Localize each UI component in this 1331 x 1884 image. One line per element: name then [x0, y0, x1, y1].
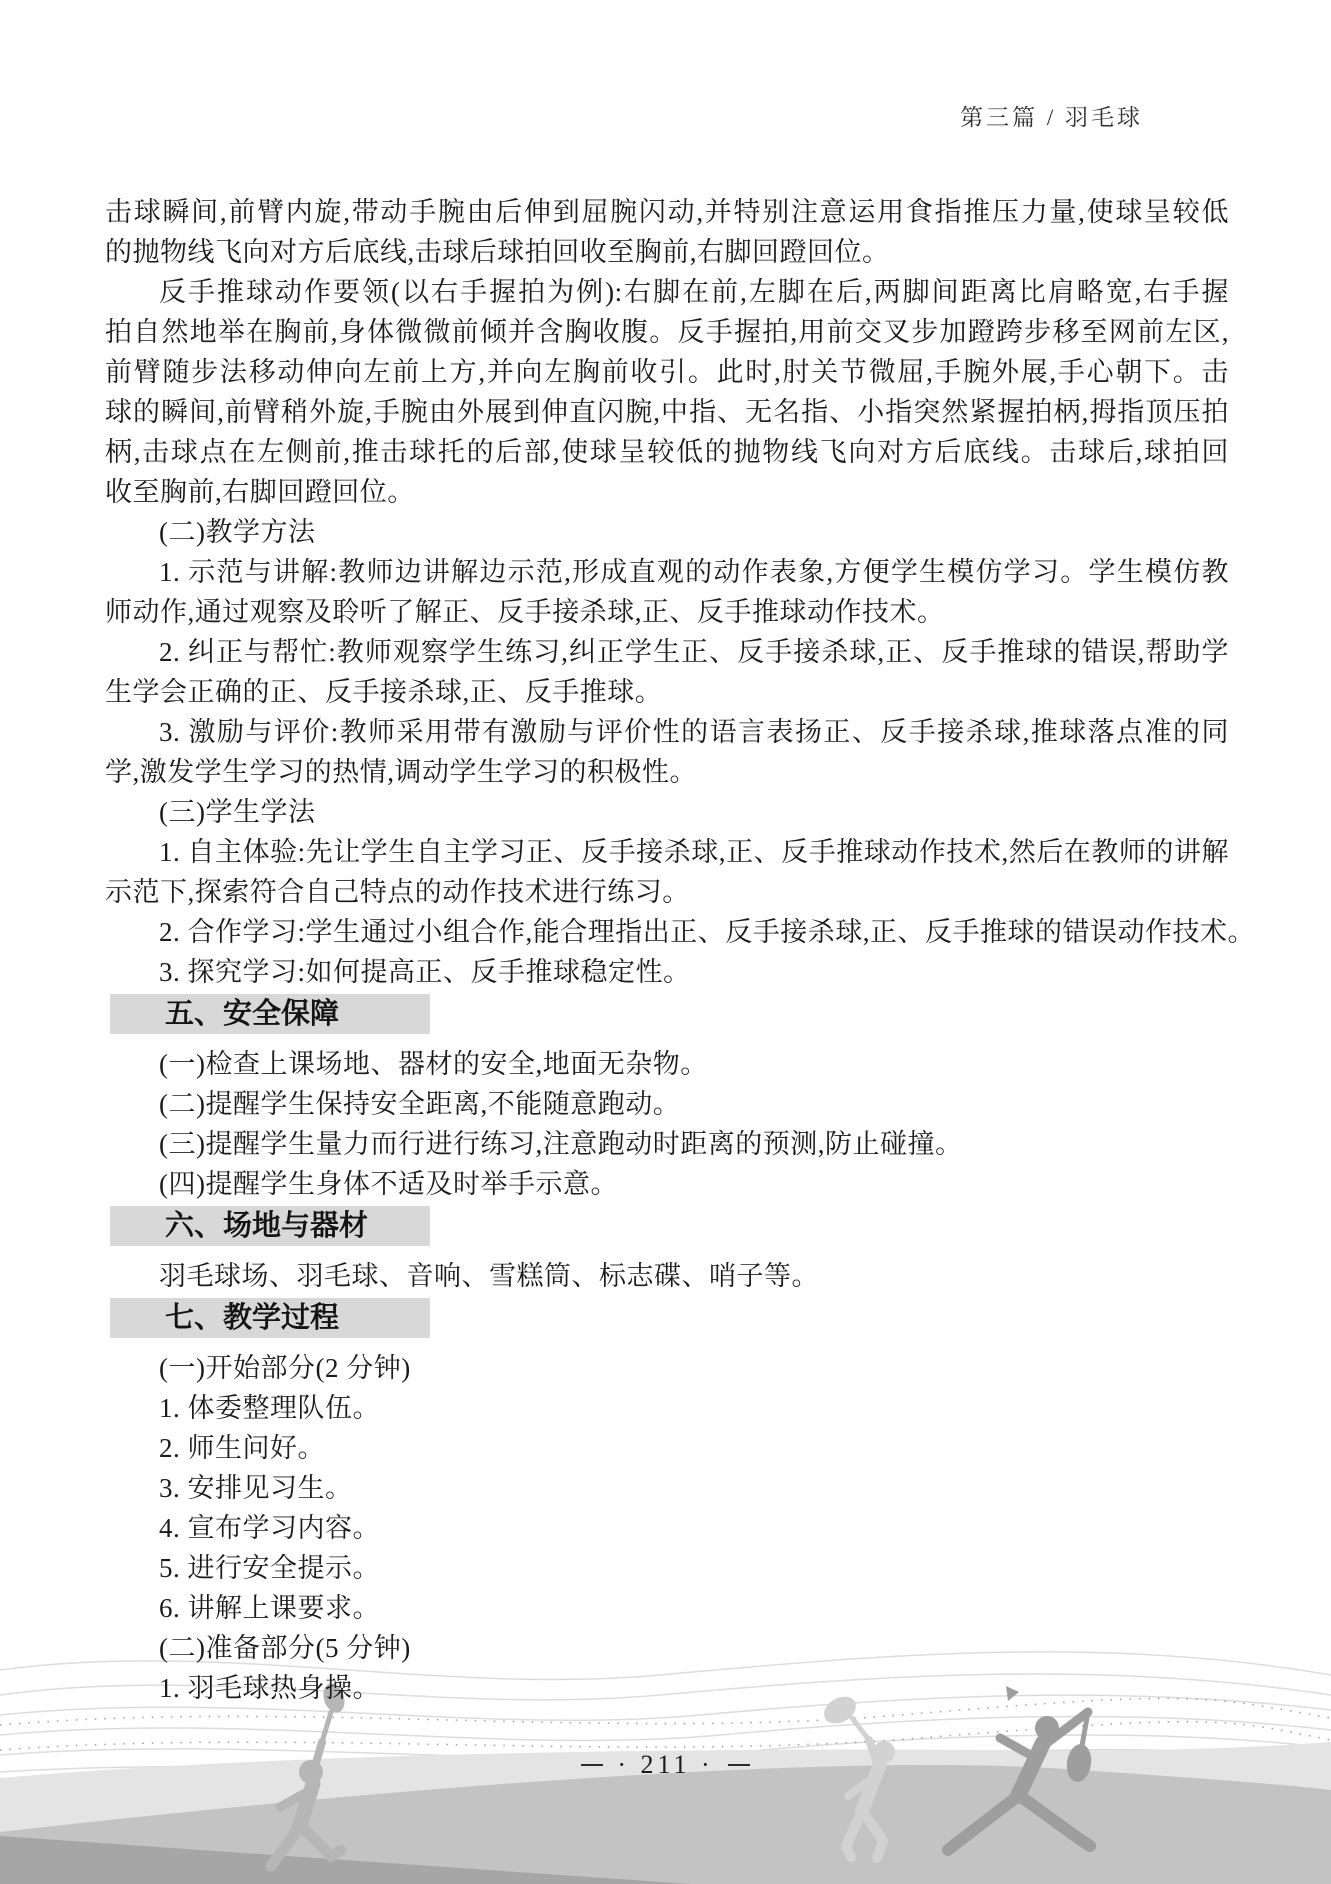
text-line: 3. 探究学习:如何提高正、反手推球稳定性。	[105, 952, 1229, 992]
text-line: 1. 自主体验:先让学生自主学习正、反手接杀球,正、反手推球动作技术,然后在教师…	[105, 832, 1229, 872]
text-line: 前臂随步法移动伸向左前上方,并向左胸前收引。此时,肘关节微屈,手腕外展,手心朝下…	[105, 352, 1229, 392]
subsection-title: (三)学生学法	[105, 792, 1229, 832]
text-line: 柄,击球点在左侧前,推击球托的后部,使球呈较低的抛物线飞向对方后底线。击球后,球…	[105, 432, 1229, 472]
document-body: 击球瞬间,前臂内旋,带动手腕由后伸到屈腕闪动,并特别注意运用食指推压力量,使球呈…	[105, 192, 1229, 1708]
text-line: 师动作,通过观察及聆听了解正、反手接杀球,正、反手推球动作技术。	[105, 592, 1229, 632]
section-heading-process: 七、教学过程	[110, 1298, 430, 1338]
text-line: 球的瞬间,前臂稍外旋,手腕由外展到伸直闪腕,中指、无名指、小指突然紧握拍柄,拇指…	[105, 392, 1229, 432]
text-line: 的抛物线飞向对方后底线,击球后球拍回收至胸前,右脚回蹬回位。	[105, 232, 1229, 272]
section-heading-safety: 五、安全保障	[110, 994, 430, 1034]
text-line: 羽毛球场、羽毛球、音响、雪糕筒、标志碟、哨子等。	[105, 1256, 1229, 1296]
text-line: (一)开始部分(2 分钟)	[105, 1348, 1229, 1388]
page-number-value: · 211 ·	[617, 1750, 713, 1780]
text-line: 2. 纠正与帮忙:教师观察学生练习,纠正学生正、反手接杀球,正、反手推球的错误,…	[105, 632, 1229, 672]
list-item: 6. 讲解上课要求。	[105, 1588, 1229, 1628]
text-line: (二)提醒学生保持安全距离,不能随意跑动。	[105, 1084, 1229, 1124]
list-item: 1. 体委整理队伍。	[105, 1388, 1229, 1428]
text-line: 2. 合作学习:学生通过小组合作,能合理指出正、反手接杀球,正、反手推球的错误动…	[105, 912, 1229, 952]
text-line: 拍自然地举在胸前,身体微微前倾并含胸收腹。反手握拍,用前交叉步加蹬跨步移至网前左…	[105, 312, 1229, 352]
list-item: 2. 师生问好。	[105, 1428, 1229, 1468]
page-number-dash-right	[728, 1764, 750, 1766]
text-line: (二)准备部分(5 分钟)	[105, 1628, 1229, 1668]
text-line: (四)提醒学生身体不适及时举手示意。	[105, 1164, 1229, 1204]
chapter-header: 第三篇 / 羽毛球	[960, 99, 1143, 132]
text-line: (一)检查上课场地、器材的安全,地面无杂物。	[105, 1044, 1229, 1084]
page-number-dash-left	[581, 1764, 603, 1766]
text-line: 收至胸前,右脚回蹬回位。	[105, 472, 1229, 512]
page-number: · 211 ·	[0, 1750, 1331, 1780]
text-line: 示范下,探索符合自己特点的动作技术进行练习。	[105, 872, 1229, 912]
text-line: 反手推球动作要领(以右手握拍为例):右脚在前,左脚在后,两脚间距离比肩略宽,右手…	[105, 272, 1229, 312]
list-item: 3. 安排见习生。	[105, 1468, 1229, 1508]
text-line: 1. 示范与讲解:教师边讲解边示范,形成直观的动作表象,方便学生模仿学习。学生模…	[105, 552, 1229, 592]
list-item: 4. 宣布学习内容。	[105, 1508, 1229, 1548]
text-line: 3. 激励与评价:教师采用带有激励与评价性的语言表扬正、反手接杀球,推球落点准的…	[105, 712, 1229, 752]
text-line: 学,激发学生学习的热情,调动学生学习的积极性。	[105, 752, 1229, 792]
list-item: 1. 羽毛球热身操。	[105, 1668, 1229, 1708]
list-item: 5. 进行安全提示。	[105, 1548, 1229, 1588]
text-line: 生学会正确的正、反手接杀球,正、反手推球。	[105, 672, 1229, 712]
text-line: (三)提醒学生量力而行进行练习,注意跑动时距离的预测,防止碰撞。	[105, 1124, 1229, 1164]
section-heading-venue: 六、场地与器材	[110, 1206, 430, 1246]
subsection-title: (二)教学方法	[105, 512, 1229, 552]
text-line: 击球瞬间,前臂内旋,带动手腕由后伸到屈腕闪动,并特别注意运用食指推压力量,使球呈…	[105, 192, 1229, 232]
